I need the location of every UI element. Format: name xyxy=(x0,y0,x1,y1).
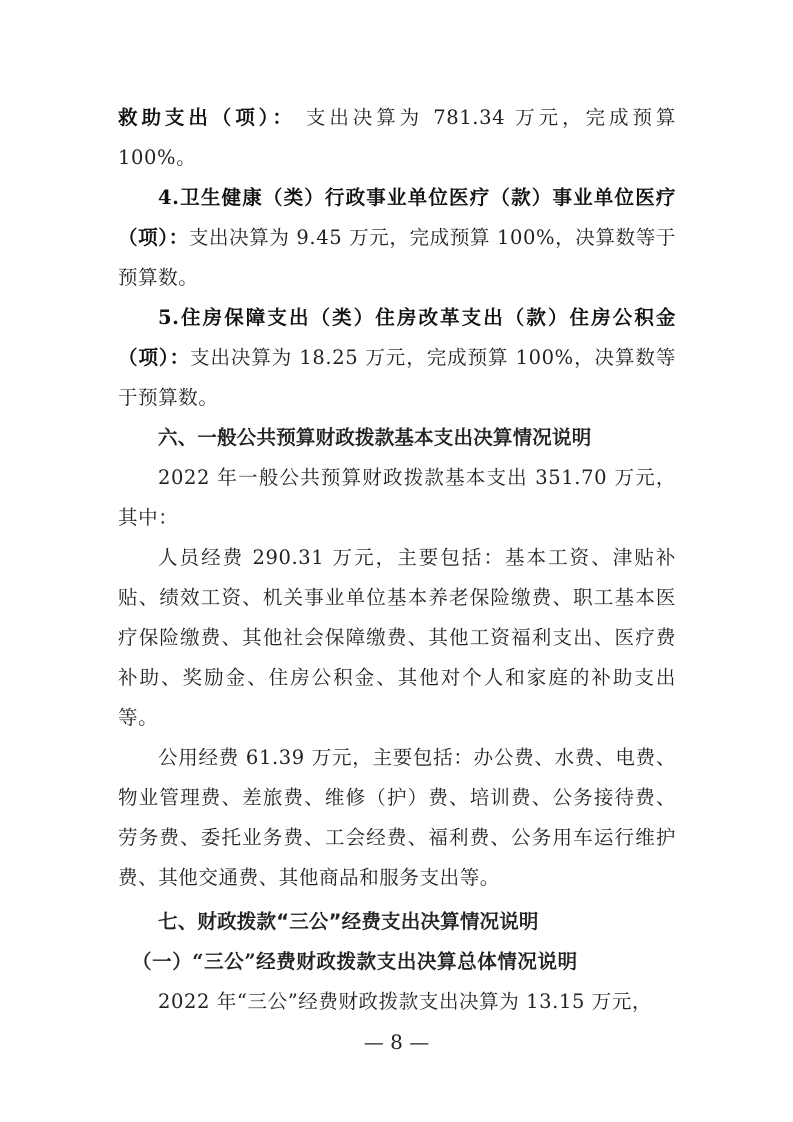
paragraph-three-public: 2022 年“三公”经费财政拨款支出决算为 13.15 万元， xyxy=(118,982,676,1022)
subsection-heading: （一）“三公”经费财政拨款支出决算总体情况说明 xyxy=(118,942,676,982)
paragraph-basic-expenditure: 2022 年一般公共预算财政拨款基本支出 351.70 万元，其中： xyxy=(118,458,676,538)
paragraph-rescue-expenditure: 救助支出（项）： 支出决算为 781.34 万元，完成预算 100%。 xyxy=(118,98,676,178)
section-heading-7: 七、财政拨款“三公”经费支出决算情况说明 xyxy=(118,902,676,942)
section-heading-6: 六、一般公共预算财政拨款基本支出决算情况说明 xyxy=(118,418,676,458)
paragraph-housing: 5.住房保障支出（类）住房改革支出（款）住房公积金（项）：支出决算为 18.25… xyxy=(118,298,676,418)
item-label: 救助支出（项）： xyxy=(118,106,296,129)
document-page: 救助支出（项）： 支出决算为 781.34 万元，完成预算 100%。 4.卫生… xyxy=(118,98,676,1022)
paragraph-public-expenses: 公用经费 61.39 万元，主要包括：办公费、水费、电费、物业管理费、差旅费、维… xyxy=(118,738,676,898)
item-text: 支出决算为 9.45 万元，完成预算 100%，决算数等于预算数。 xyxy=(118,226,676,289)
page-number: — 8 — xyxy=(0,1030,793,1054)
paragraph-personnel-expenses: 人员经费 290.31 万元，主要包括：基本工资、津贴补贴、绩效工资、机关事业单… xyxy=(118,538,676,738)
paragraph-health: 4.卫生健康（类）行政事业单位医疗（款）事业单位医疗（项）：支出决算为 9.45… xyxy=(118,178,676,298)
item-text: 支出决算为 18.25 万元，完成预算 100%，决算数等于预算数。 xyxy=(118,346,676,409)
